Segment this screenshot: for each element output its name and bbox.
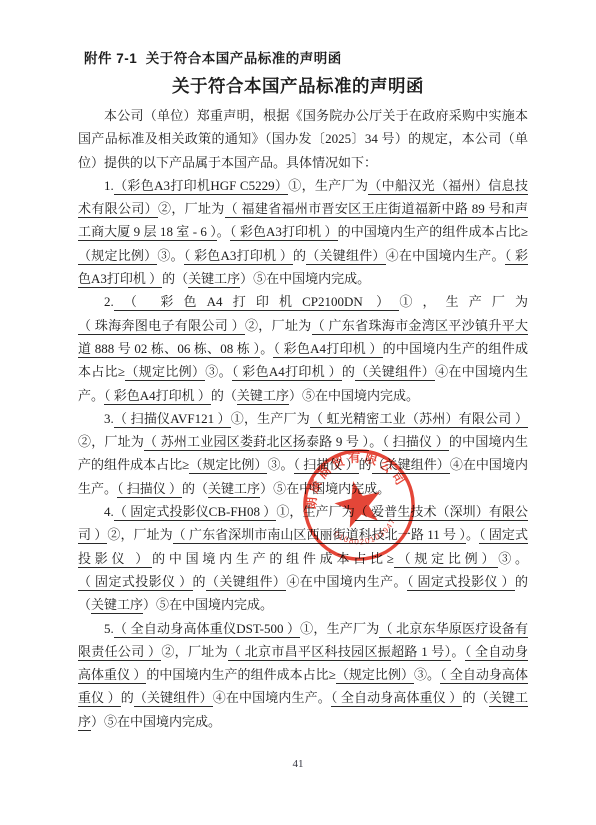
text-segment: 的: [193, 574, 206, 589]
filled-blank-segment: 关键工序: [208, 481, 260, 498]
filled-blank-segment: （规定比例）: [394, 551, 498, 568]
filled-blank-segment: （ 虹光精密工业（苏州）有限公司 ）: [310, 411, 528, 428]
text-segment: ④在中国境内生产。: [286, 574, 407, 589]
text-segment: 的: [342, 364, 355, 379]
text-segment: 。: [260, 341, 273, 356]
attachment-label: 附件 7-1 关于符合本国产品标准的声明函: [84, 50, 528, 67]
filled-blank-segment: 关键工序: [188, 271, 240, 288]
text-segment: ）⑤在中国境内完成。: [240, 271, 370, 286]
filled-blank-segment: （关键组件）: [372, 457, 450, 474]
text-segment: ④在中国境内生产。: [386, 248, 505, 263]
declaration-item: 2.（ 彩色A4打印机CP2100DN ）①，生产厂为（ 珠海奔图电子有限公司 …: [78, 290, 528, 406]
text-segment: ①，生产厂为: [231, 411, 310, 426]
filled-blank-segment: （ 扫描仪AVF121 ）: [114, 411, 231, 428]
page-number: 41: [0, 758, 596, 770]
text-segment: 的: [293, 248, 306, 263]
text-segment: 3.: [104, 411, 114, 426]
declaration-items: 1.（彩色A3打印机HGF C5229）①，生产厂为（中船汉光（福州）信息技术有…: [78, 174, 528, 733]
text-segment: ②，厂址为: [161, 644, 228, 659]
declaration-item: 3.（ 扫描仪AVF121 ）①，生产厂为（ 虹光精密工业（苏州）有限公司 ）②…: [78, 407, 528, 500]
filled-blank-segment: （ 固定式投影仪CB-FH08 ）: [114, 504, 277, 521]
text-segment: ②，厂址为: [158, 201, 225, 216]
filled-blank-segment: （ 扫描仪 ）: [294, 457, 359, 474]
text-segment: ）⑤在中国境内完成。: [91, 714, 221, 729]
filled-blank-segment: （ 珠海奔图电子有限公司 ）: [78, 318, 245, 335]
intro-paragraph: 本公司（单位）郑重声明，根据《国务院办公厅关于在政府采购中实施本国产品标准及相关…: [78, 104, 528, 174]
filled-blank-segment: （ 固定式投影仪 ）: [78, 574, 193, 591]
filled-blank-segment: （ 彩色A3打印机 ）: [184, 248, 293, 265]
text-segment: ）⑤在中国境内完成。: [143, 597, 273, 612]
text-segment: ①，生产厂为: [300, 621, 379, 636]
text-segment: 。: [466, 527, 479, 542]
filled-blank-segment: （规定比例）: [125, 364, 205, 381]
text-segment: 5.: [104, 621, 114, 636]
filled-blank-segment: （ 彩色A4打印机 ）: [104, 388, 211, 405]
text-segment: 的中国境内生产的组件成本占比≥: [338, 224, 528, 239]
filled-blank-segment: （关键组件）: [206, 574, 286, 591]
text-segment: 的（: [162, 271, 188, 286]
filled-blank-segment: （ 北京市昌平区科技园区振超路 1 号）: [228, 644, 452, 661]
text-segment: 的（: [462, 690, 488, 705]
filled-blank-segment: （ 彩色A3打印机 ）: [230, 224, 338, 241]
text-segment: 。: [217, 224, 230, 239]
text-segment: 的（: [182, 481, 208, 496]
filled-blank-segment: （ 广东省深圳市南山区西丽街道科技北一路 11 号 ）: [173, 527, 466, 544]
filled-blank-segment: （ 彩色A4打印机CP2100DN ）: [114, 294, 400, 311]
filled-blank-segment: （ 固定式投影仪 ）: [407, 574, 515, 591]
text-segment: 的（: [211, 388, 237, 403]
filled-blank-segment: （关键组件）: [134, 690, 213, 707]
declaration-item: 5.（ 全自动身高体重仪DST-500 ）①，生产厂为（ 北京东华原医疗设备有限…: [78, 617, 528, 733]
filled-blank-segment: （关键组件）: [355, 364, 435, 381]
filled-blank-segment: （ 彩色A4打印机 ）: [273, 341, 382, 358]
text-segment: 的: [121, 690, 134, 705]
text-segment: ①，生产厂为: [276, 504, 354, 519]
filled-blank-segment: 关键工序: [91, 597, 143, 614]
text-segment: 的中国境内生产的组件成本占比≥: [152, 551, 394, 566]
filled-blank-segment: （关键组件）: [306, 248, 385, 265]
text-segment: 的中国境内生产的组件成本占比≥: [146, 667, 335, 682]
page-title: 关于符合本国产品标准的声明函: [0, 74, 596, 98]
filled-blank-segment: （ 苏州工业园区娄葑北区扬泰路 9 号 ）: [144, 434, 369, 451]
text-segment: 4.: [104, 504, 114, 519]
filled-blank-segment: （ 全自动身高体重仪 ）: [331, 690, 463, 707]
text-segment: ）⑤在中国境内完成。: [260, 481, 390, 496]
text-segment: ①，生产厂为: [288, 178, 368, 193]
text-segment: ③。: [157, 248, 183, 263]
text-segment: ③。: [498, 551, 528, 566]
filled-blank-segment: （规定比例）: [189, 457, 267, 474]
text-segment: ②，厂址为: [107, 527, 172, 542]
text-segment: ③。: [267, 457, 293, 472]
text-segment: ③。: [205, 364, 232, 379]
text-segment: 1.: [104, 178, 114, 193]
filled-blank-segment: （ 扫描仪 ）: [117, 481, 182, 498]
text-segment: 2.: [104, 294, 114, 309]
text-segment: ③。: [414, 667, 440, 682]
text-segment: ②，厂址为: [78, 434, 144, 449]
filled-blank-segment: （ 全自动身高体重仪DST-500 ）: [114, 621, 300, 638]
text-segment: 。: [451, 644, 464, 659]
filled-blank-segment: （彩色A3打印机HGF C5229）: [114, 178, 289, 195]
declaration-item: 4.（ 固定式投影仪CB-FH08 ）①，生产厂为（ 爱普生技术（深圳）有限公司…: [78, 500, 528, 616]
filled-blank-segment: （ 彩色A4打印机 ）: [232, 364, 342, 381]
filled-blank-segment: （规定比例）: [336, 667, 414, 684]
filled-blank-segment: （ 扫描仪 ）: [382, 434, 448, 451]
declaration-item: 1.（彩色A3打印机HGF C5229）①，生产厂为（中船汉光（福州）信息技术有…: [78, 174, 528, 290]
document-page: 附件 7-1 关于符合本国产品标准的声明函 关于符合本国产品标准的声明函 本公司…: [0, 0, 596, 825]
text-segment: ①，生产厂为: [399, 294, 528, 309]
text-segment: 。: [369, 434, 382, 449]
text-segment: ）⑤在中国境内完成。: [289, 388, 419, 403]
document-body: 本公司（单位）郑重声明，根据《国务院办公厅关于在政府采购中实施本国产品标准及相关…: [78, 104, 528, 733]
filled-blank-segment: 关键工序: [237, 388, 289, 405]
text-segment: ④在中国境内生产。: [213, 690, 331, 705]
text-segment: 的: [359, 457, 372, 472]
filled-blank-segment: （规定比例）: [78, 248, 157, 265]
text-segment: ②，厂址为: [245, 318, 312, 333]
